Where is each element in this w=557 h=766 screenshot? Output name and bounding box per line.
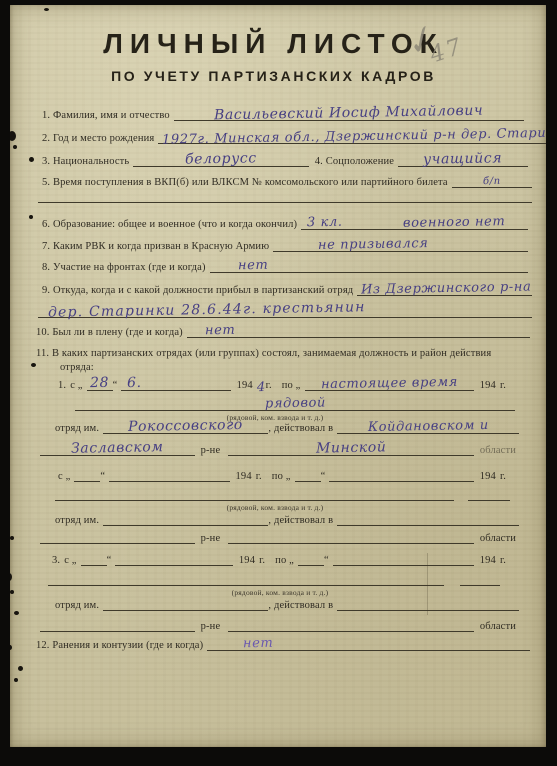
to-slot: настоящее время: [305, 379, 474, 391]
scan-artifact: [10, 536, 14, 540]
paper-crease: [427, 553, 428, 615]
field-row-captivity: 10. Был ли в плену (где и когда) нет: [36, 325, 530, 338]
unit-slot: [103, 610, 268, 611]
service-entry-2-rank: [55, 488, 510, 501]
field-row-birth: 2. Год и место рождения 1927г. Минская о…: [42, 131, 532, 144]
region-handwritten: Заславском: [71, 442, 164, 454]
day-slot: [295, 481, 321, 482]
field-row-education: 6. Образование: общее и военное (что и к…: [42, 217, 528, 230]
field-label: 4. Соцположение: [315, 156, 398, 167]
field-value-handwritten: учащийся: [423, 153, 502, 164]
field-label: 7. Каким РВК и когда призван в Красную А…: [42, 241, 273, 252]
year-prefix: 194: [480, 380, 500, 391]
month-slot: 6.: [121, 378, 230, 391]
service-entry-1-unit: отряд им. Рокоссовского , действовал в К…: [55, 421, 519, 434]
field-line: дер. Старинки 28.6.44г. крестьянин: [38, 305, 532, 318]
field-row-arrival: 9. Откуда, когда и с какой должности при…: [42, 283, 528, 296]
month-slot: [115, 565, 233, 566]
unit-handwritten: Рокоссовского: [128, 420, 243, 432]
entry-number: 1.: [58, 380, 70, 391]
from-label: с „: [64, 555, 80, 566]
day-slot: [74, 481, 100, 482]
field-line: нет: [187, 326, 530, 338]
rank-line: [48, 585, 444, 586]
blank-line: [38, 190, 532, 203]
field-row-party: 5. Время поступления в ВКП(б) или ВЛКСМ …: [42, 175, 532, 188]
unit-label: отряд им.: [55, 600, 103, 611]
rank-line: [55, 500, 454, 501]
from-label: с „: [70, 380, 86, 391]
day-slot: 28: [87, 378, 113, 391]
region-slot: Заславском: [40, 443, 195, 456]
year-digit-handwritten: 4: [257, 383, 266, 393]
field-label: 5. Время поступления в ВКП(б) или ВЛКСМ …: [42, 177, 452, 188]
month-slot: [109, 481, 229, 482]
oblast-handwritten: Минской: [316, 442, 387, 453]
rank-caption: (рядовой, ком. взвода и т. д.): [190, 503, 360, 512]
oblast-slot: [228, 543, 474, 544]
district-label: р-не: [201, 445, 225, 456]
district-label: р-не: [201, 533, 225, 544]
scan-artifact: [29, 215, 33, 219]
scan-artifact: [29, 157, 34, 162]
field-value-handwritten: 3 кл.: [307, 218, 343, 229]
day-slot: [298, 565, 324, 566]
unit-slot: [103, 525, 268, 526]
year-prefix: 194: [237, 380, 257, 391]
field-row-arrival-line2: дер. Старинки 28.6.44г. крестьянин: [38, 305, 532, 318]
field-value-handwritten: 1927г. Минская обл., Дзержинский р-н дер…: [162, 128, 557, 145]
region-slot: [40, 543, 195, 544]
quote: “: [107, 555, 116, 566]
unit-label: отряд им.: [55, 423, 103, 434]
month-handwritten: 6.: [127, 378, 142, 388]
service-entry-2-region: р-не области: [40, 531, 520, 544]
field-value-handwritten: военного нет: [403, 217, 506, 229]
scan-artifact: [14, 678, 18, 682]
field-label: 2. Год и место рождения: [42, 133, 158, 144]
field-label: 9. Откуда, когда и с какой должности при…: [42, 285, 357, 296]
year-prefix: 194: [239, 555, 259, 566]
field-row-surname: 1. Фамилия, имя и отчество Васильевский …: [42, 108, 524, 121]
rank-caption: (рядовой, ком. взвода и т. д.): [195, 588, 365, 597]
from-label: с „: [58, 471, 74, 482]
unit-label: отряд им.: [55, 515, 103, 526]
day-slot: [81, 565, 107, 566]
month-slot: [329, 481, 473, 482]
quote: “: [324, 555, 333, 566]
field-label: 8. Участие на фронтах (где и когда): [42, 262, 210, 273]
field-row-units-intro-line2: отряда:: [60, 360, 260, 373]
oblast-slot: Минской: [228, 443, 474, 456]
acted-slot: [337, 525, 519, 526]
service-entry-2-unit: отряд им. , действовал в: [55, 513, 519, 526]
to-label: по „: [275, 555, 298, 566]
field-value-handwritten: нет: [205, 326, 236, 337]
field-row-wounds: 12. Ранения и контузии (где и когда) нет: [36, 638, 530, 651]
field-line: учащийся: [398, 154, 528, 167]
field-row-units-intro: 11. В каких партизанских отрядах (или гр…: [36, 346, 536, 359]
field-label: 11. В каких партизанских отрядах (или гр…: [36, 348, 495, 359]
page-subtitle: ПО УЧЕТУ ПАРТИЗАНСКИХ КАДРОВ: [0, 68, 547, 84]
scan-artifact: [10, 590, 14, 594]
year-suffix: г.: [500, 471, 510, 482]
oblast-label: области: [480, 621, 520, 632]
field-label: отряда:: [60, 362, 98, 373]
oblast-slot: [228, 631, 474, 632]
field-value-handwritten: белорусс: [185, 153, 257, 164]
field-value-handwritten: дер. Старинки 28.6.44г. крестьянин: [48, 302, 366, 318]
acted-label: , действовал в: [268, 423, 337, 434]
scan-artifact: [31, 363, 36, 367]
oblast-label: области: [480, 533, 520, 544]
service-entry-3-region: р-не области: [40, 619, 520, 632]
to-label: по „: [272, 471, 295, 482]
rank-handwritten: рядовой: [264, 398, 325, 409]
rank-line-short: [468, 500, 510, 501]
scan-artifact: [14, 611, 19, 615]
field-value-handwritten: б/п: [483, 177, 501, 187]
field-row-nationality-social: 3. Национальность белорусс 4. Соцположен…: [42, 154, 528, 167]
acted-slot: Койдановском и: [337, 422, 519, 434]
field-row-rvk: 7. Каким РВК и когда призван в Красную А…: [42, 239, 528, 252]
field-label: 6. Образование: общее и военное (что и к…: [42, 219, 301, 230]
acted-handwritten: Койдановском и: [368, 421, 489, 433]
acted-label: , действовал в: [268, 515, 337, 526]
oblast-label: области: [480, 445, 520, 456]
year-prefix: 194: [480, 555, 500, 566]
to-label: по „: [282, 380, 305, 391]
scan-artifact: [13, 145, 17, 149]
year-prefix: 194: [236, 471, 256, 482]
acted-slot: [337, 610, 519, 611]
field-line: 1927г. Минская обл., Дзержинский р-н дер…: [158, 132, 557, 144]
field-row-fronts: 8. Участие на фронтах (где и когда) нет: [42, 260, 528, 273]
field-label: 3. Национальность: [42, 156, 133, 167]
year-suffix: г.: [500, 555, 510, 566]
service-entry-3-unit: отряд им. , действовал в: [55, 598, 519, 611]
form-content: ЛИЧНЫЙ ЛИСТОК ✓ 47 ПО УЧЕТУ ПАРТИЗАНСКИХ…: [0, 0, 557, 766]
quote: “: [100, 471, 109, 482]
to-handwritten: настоящее время: [321, 378, 458, 390]
field-line: белорусс: [133, 154, 308, 167]
field-line: нет: [207, 639, 530, 651]
field-label: 10. Был ли в плену (где и когда): [36, 327, 187, 338]
year-suffix: г.: [500, 380, 510, 391]
scan-artifact: [18, 666, 23, 671]
service-entry-2-dates: с „ “ 194 г. по „ “ 194 г.: [58, 469, 510, 482]
field-line: нет: [210, 261, 528, 273]
field-value-handwritten: нет: [238, 261, 269, 272]
service-entry-3-dates: 3. с „ “ 194 г. по „ “ 194 г.: [52, 553, 510, 566]
service-entry-1-region: Заславском р-не Минской области: [40, 443, 520, 456]
service-entry-1-rank: рядовой: [75, 398, 515, 411]
field-value-handwritten: нет: [243, 639, 274, 650]
unit-slot: Рокоссовского: [103, 421, 268, 434]
field-label: 1. Фамилия, имя и отчество: [42, 110, 174, 121]
year-suffix: г.: [259, 555, 269, 566]
field-line: Васильевский Иосиф Михайлович: [174, 108, 524, 121]
field-value-handwritten: Из Дзержинского р-на: [361, 283, 532, 296]
quote: “: [321, 471, 330, 482]
month-slot: [333, 565, 474, 566]
field-line: б/п: [452, 176, 532, 188]
year-suffix: г.: [266, 380, 276, 391]
field-line: 3 кл. военного нет: [301, 218, 528, 230]
scan-artifact: [8, 131, 16, 141]
entry-number: 3.: [52, 555, 64, 566]
field-line: не призывался: [273, 240, 528, 252]
acted-label: , действовал в: [268, 600, 337, 611]
rank-line-short: [460, 585, 500, 586]
scan-artifact: [44, 8, 49, 11]
district-label: р-не: [201, 621, 225, 632]
region-slot: [40, 631, 195, 632]
service-entry-1-dates: 1. с „ 28 “ 6. 194 4 г. по „ настоящее в…: [58, 378, 510, 391]
field-value-handwritten: не призывался: [318, 239, 429, 251]
field-value-handwritten: Васильевский Иосиф Михайлович: [214, 106, 483, 121]
scan-artifact: [8, 645, 12, 650]
year-suffix: г.: [256, 471, 266, 482]
day-handwritten: 28: [90, 378, 109, 388]
field-label: 12. Ранения и контузии (где и когда): [36, 640, 207, 651]
service-entry-3-rank: [48, 573, 500, 586]
scan-artifact: [6, 573, 12, 581]
field-line: Из Дзержинского р-на: [357, 284, 531, 296]
rank-line: рядовой: [75, 399, 515, 411]
quote: “: [113, 380, 122, 391]
year-prefix: 194: [480, 471, 500, 482]
